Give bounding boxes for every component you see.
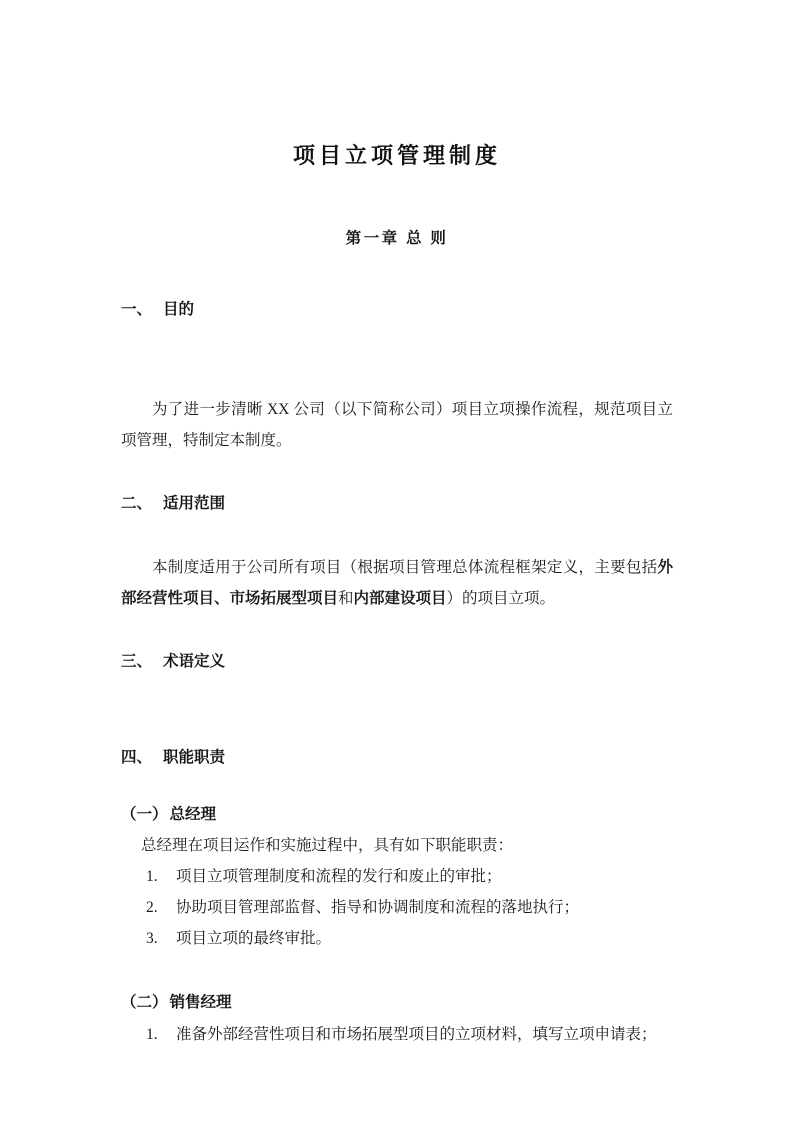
paragraph-segment: 本制度适用于公司所有项目（根据项目管理总体流程框架定义，主要包括 bbox=[152, 559, 657, 576]
section-heading-terms: 三、术语定义 bbox=[121, 646, 673, 677]
list-item: 2.协助项目管理部监督、指导和协调制度和流程的落地执行； bbox=[121, 892, 673, 923]
subsection-label: 总经理 bbox=[170, 806, 217, 823]
subsection-number: （一） bbox=[121, 806, 168, 823]
list-item: 3.项目立项的最终审批。 bbox=[121, 923, 673, 954]
subsection-label: 销售经理 bbox=[170, 994, 232, 1011]
paragraph-segment: 为了进一步清晰 XX 公司（以下简称公司）项目立项操作流程，规范项目立项管理，特… bbox=[121, 401, 673, 449]
subsection-heading-general-manager: （一）总经理 bbox=[121, 799, 673, 830]
general-manager-lead-sentence: 总经理在项目运作和实施过程中，具有如下职能职责： bbox=[121, 830, 673, 861]
section-label: 适用范围 bbox=[163, 495, 225, 512]
section-label: 目的 bbox=[163, 301, 194, 318]
section-heading-purpose: 一、目的 bbox=[121, 294, 673, 325]
list-item-text: 准备外部经营性项目和市场拓展型项目的立项材料，填写立项申请表； bbox=[176, 1026, 657, 1043]
document-title: 项目立项管理制度 bbox=[121, 138, 673, 174]
paragraph-segment: 和 bbox=[338, 590, 354, 607]
list-item-text: 协助项目管理部监督、指导和协调制度和流程的落地执行； bbox=[176, 899, 579, 916]
purpose-paragraph: 为了进一步清晰 XX 公司（以下简称公司）项目立项操作流程，规范项目立项管理，特… bbox=[121, 394, 673, 456]
document-page: 项目立项管理制度 第一章 总 则 一、目的 为了进一步清晰 XX 公司（以下简称… bbox=[0, 0, 793, 1122]
paragraph-segment: 内部建设项目 bbox=[354, 590, 447, 607]
section-number: 三、 bbox=[121, 646, 163, 677]
section-number: 二、 bbox=[121, 488, 163, 519]
section-number: 一、 bbox=[121, 294, 163, 325]
list-item-number: 3. bbox=[146, 923, 176, 954]
section-number: 四、 bbox=[121, 742, 163, 773]
list-item: 1.准备外部经营性项目和市场拓展型项目的立项材料，填写立项申请表； bbox=[121, 1019, 673, 1050]
subsection-heading-sales-manager: （二）销售经理 bbox=[121, 987, 673, 1018]
section-label: 术语定义 bbox=[163, 653, 225, 670]
section-heading-scope: 二、适用范围 bbox=[121, 488, 673, 519]
list-item-number: 1. bbox=[146, 1019, 176, 1050]
scope-paragraph: 本制度适用于公司所有项目（根据项目管理总体流程框架定义，主要包括外部经营性项目、… bbox=[121, 552, 673, 614]
list-item-number: 2. bbox=[146, 892, 176, 923]
list-item: 1.项目立项管理制度和流程的发行和废止的审批； bbox=[121, 861, 673, 892]
chapter-heading: 第一章 总 则 bbox=[121, 223, 673, 254]
list-item-text: 项目立项管理制度和流程的发行和废止的审批； bbox=[176, 868, 502, 885]
list-item-number: 1. bbox=[146, 861, 176, 892]
list-item-text: 项目立项的最终审批。 bbox=[176, 930, 331, 947]
subsection-number: （二） bbox=[121, 994, 168, 1011]
section-heading-duties: 四、职能职责 bbox=[121, 742, 673, 773]
section-label: 职能职责 bbox=[163, 749, 225, 766]
paragraph-segment: ）的项目立项。 bbox=[447, 590, 556, 607]
